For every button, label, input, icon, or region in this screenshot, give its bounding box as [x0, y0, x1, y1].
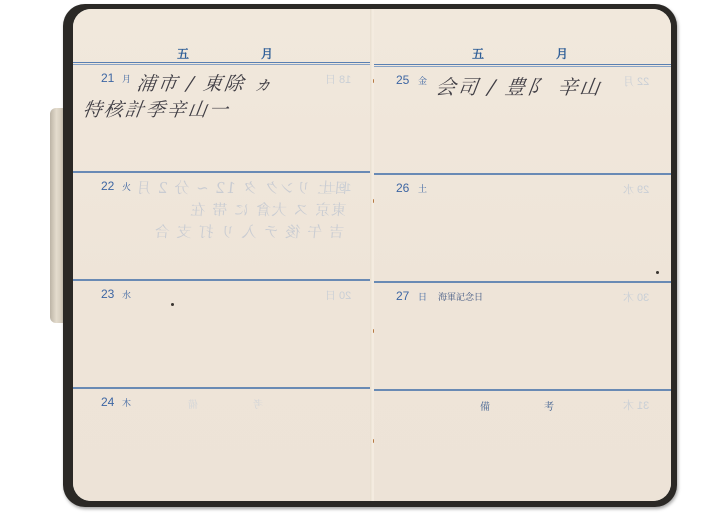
memo-section: 備 考 31 木 — [374, 391, 671, 501]
weekday-label: 木 — [122, 396, 131, 409]
day-number: 25 — [396, 73, 409, 87]
holiday-label: 海軍記念日 — [438, 290, 483, 303]
day-entry-23: 23 水 20 日 — [73, 281, 373, 387]
day-number: 27 — [396, 289, 409, 303]
month-kanji-month: 月 — [261, 45, 273, 62]
weekday-label: 金 — [418, 74, 427, 87]
day-number: 22 — [101, 179, 114, 193]
bleed-date: 18 日 — [325, 71, 351, 87]
day-entry-22: 22 火 19 土 日土 リンク タ 12 ~ 分 2 月 東京 ス 大倉 に … — [73, 173, 373, 279]
weekday-label: 日 — [418, 290, 427, 303]
day-entry-26: 26 土 29 水 — [374, 175, 671, 281]
bleed-memo-label: 備 — [188, 396, 198, 411]
weekday-label: 土 — [418, 182, 427, 195]
bleed-date: 31 木 — [623, 397, 649, 413]
right-month-header: 五 月 — [374, 9, 671, 65]
memo-label-bi: 備 — [480, 398, 490, 413]
weekday-label: 月 — [122, 72, 131, 85]
day-number: 23 — [101, 287, 114, 301]
day-number: 24 — [101, 395, 114, 409]
month-kanji-five: 五 — [472, 45, 484, 62]
day-entry-25: 25 金 22 月 会司 / 豊阝 辛山 — [374, 67, 671, 173]
handwritten-note-line-1: 会司 / 豊阝 辛山 — [434, 71, 604, 100]
bleed-through-text: 日土 リンク タ 12 ~ 分 2 月 東京 ス 大倉 に 帯 在 吉 午 後 … — [130, 177, 350, 243]
month-kanji-five: 五 — [177, 45, 189, 62]
memo-label-kou: 考 — [544, 398, 554, 413]
bleed-date: 29 水 — [623, 181, 649, 197]
day-entry-24: 24 木 備 考 — [73, 389, 373, 501]
bleed-memo-label: 考 — [253, 396, 263, 411]
weekday-label: 火 — [122, 180, 131, 193]
day-entry-27: 27 日 海軍記念日 30 木 — [374, 283, 671, 389]
day-number: 26 — [396, 181, 409, 195]
handwritten-note-line-2: 特核計季辛山一 — [81, 95, 232, 122]
diary-spread: 五 月 21 月 18 日 浦市 / 東除 ヵ 特核計季辛山一 22 火 19 … — [73, 9, 671, 501]
paper-speck — [656, 271, 659, 274]
left-page: 五 月 21 月 18 日 浦市 / 東除 ヵ 特核計季辛山一 22 火 19 … — [73, 9, 373, 501]
bleed-date: 22 月 — [623, 73, 649, 89]
bleed-date: 30 木 — [623, 289, 649, 305]
month-kanji-month: 月 — [556, 45, 568, 62]
bleed-date: 20 日 — [325, 287, 351, 303]
day-entry-21: 21 月 18 日 浦市 / 東除 ヵ 特核計季辛山一 — [73, 65, 373, 171]
weekday-label: 水 — [122, 288, 131, 301]
left-month-header: 五 月 — [73, 9, 373, 65]
right-page: 五 月 25 金 22 月 会司 / 豊阝 辛山 26 土 29 水 27 日 … — [374, 9, 671, 501]
day-number: 21 — [101, 71, 114, 85]
paper-speck — [171, 303, 174, 306]
handwritten-note-line-1: 浦市 / 東除 ヵ — [135, 69, 276, 96]
